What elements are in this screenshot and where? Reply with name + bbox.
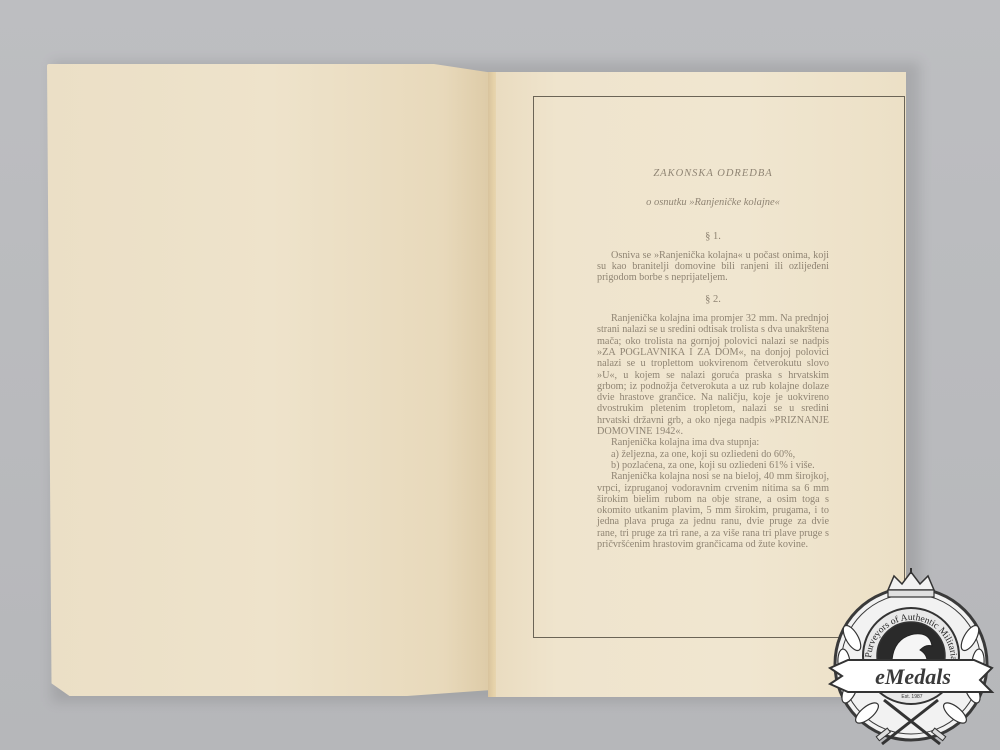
section-1-paragraph: Osniva se »Ranjenička kolajna« u počast … bbox=[597, 250, 829, 284]
badge-established-text: Est. 1987 bbox=[892, 694, 932, 700]
decree-text-block: ZAKONSKA ODREDBA o osnutku »Ranjeničke k… bbox=[597, 168, 829, 550]
badge-emblem-icon: Purveyors of Authentic Militaria bbox=[822, 568, 1000, 750]
section-2-grade-iron: a) željezna, za one, koji su ozliedeni d… bbox=[597, 449, 829, 460]
emedals-watermark-badge: Purveyors of Authentic Militaria eMedals… bbox=[822, 568, 1000, 750]
decree-title: ZAKONSKA ODREDBA bbox=[597, 168, 829, 179]
section-1-mark: § 1. bbox=[597, 231, 829, 242]
badge-brand-text: eMedals bbox=[844, 664, 982, 690]
section-2-mark: § 2. bbox=[597, 294, 829, 305]
section-2-grade-gilt: b) pozlaćena, za one, koji su ozliedeni … bbox=[597, 460, 829, 471]
left-page-blank bbox=[47, 64, 497, 696]
section-2-paragraph-grades: Ranjenička kolajna ima dva stupnja: bbox=[597, 437, 829, 448]
decree-subtitle: o osnutku »Ranjeničke kolajne« bbox=[597, 197, 829, 208]
section-2-paragraph-ribbon: Ranjenička kolajna nosi se na bieloj, 40… bbox=[597, 471, 829, 550]
section-2-paragraph-description: Ranjenička kolajna ima promjer 32 mm. Na… bbox=[597, 313, 829, 437]
